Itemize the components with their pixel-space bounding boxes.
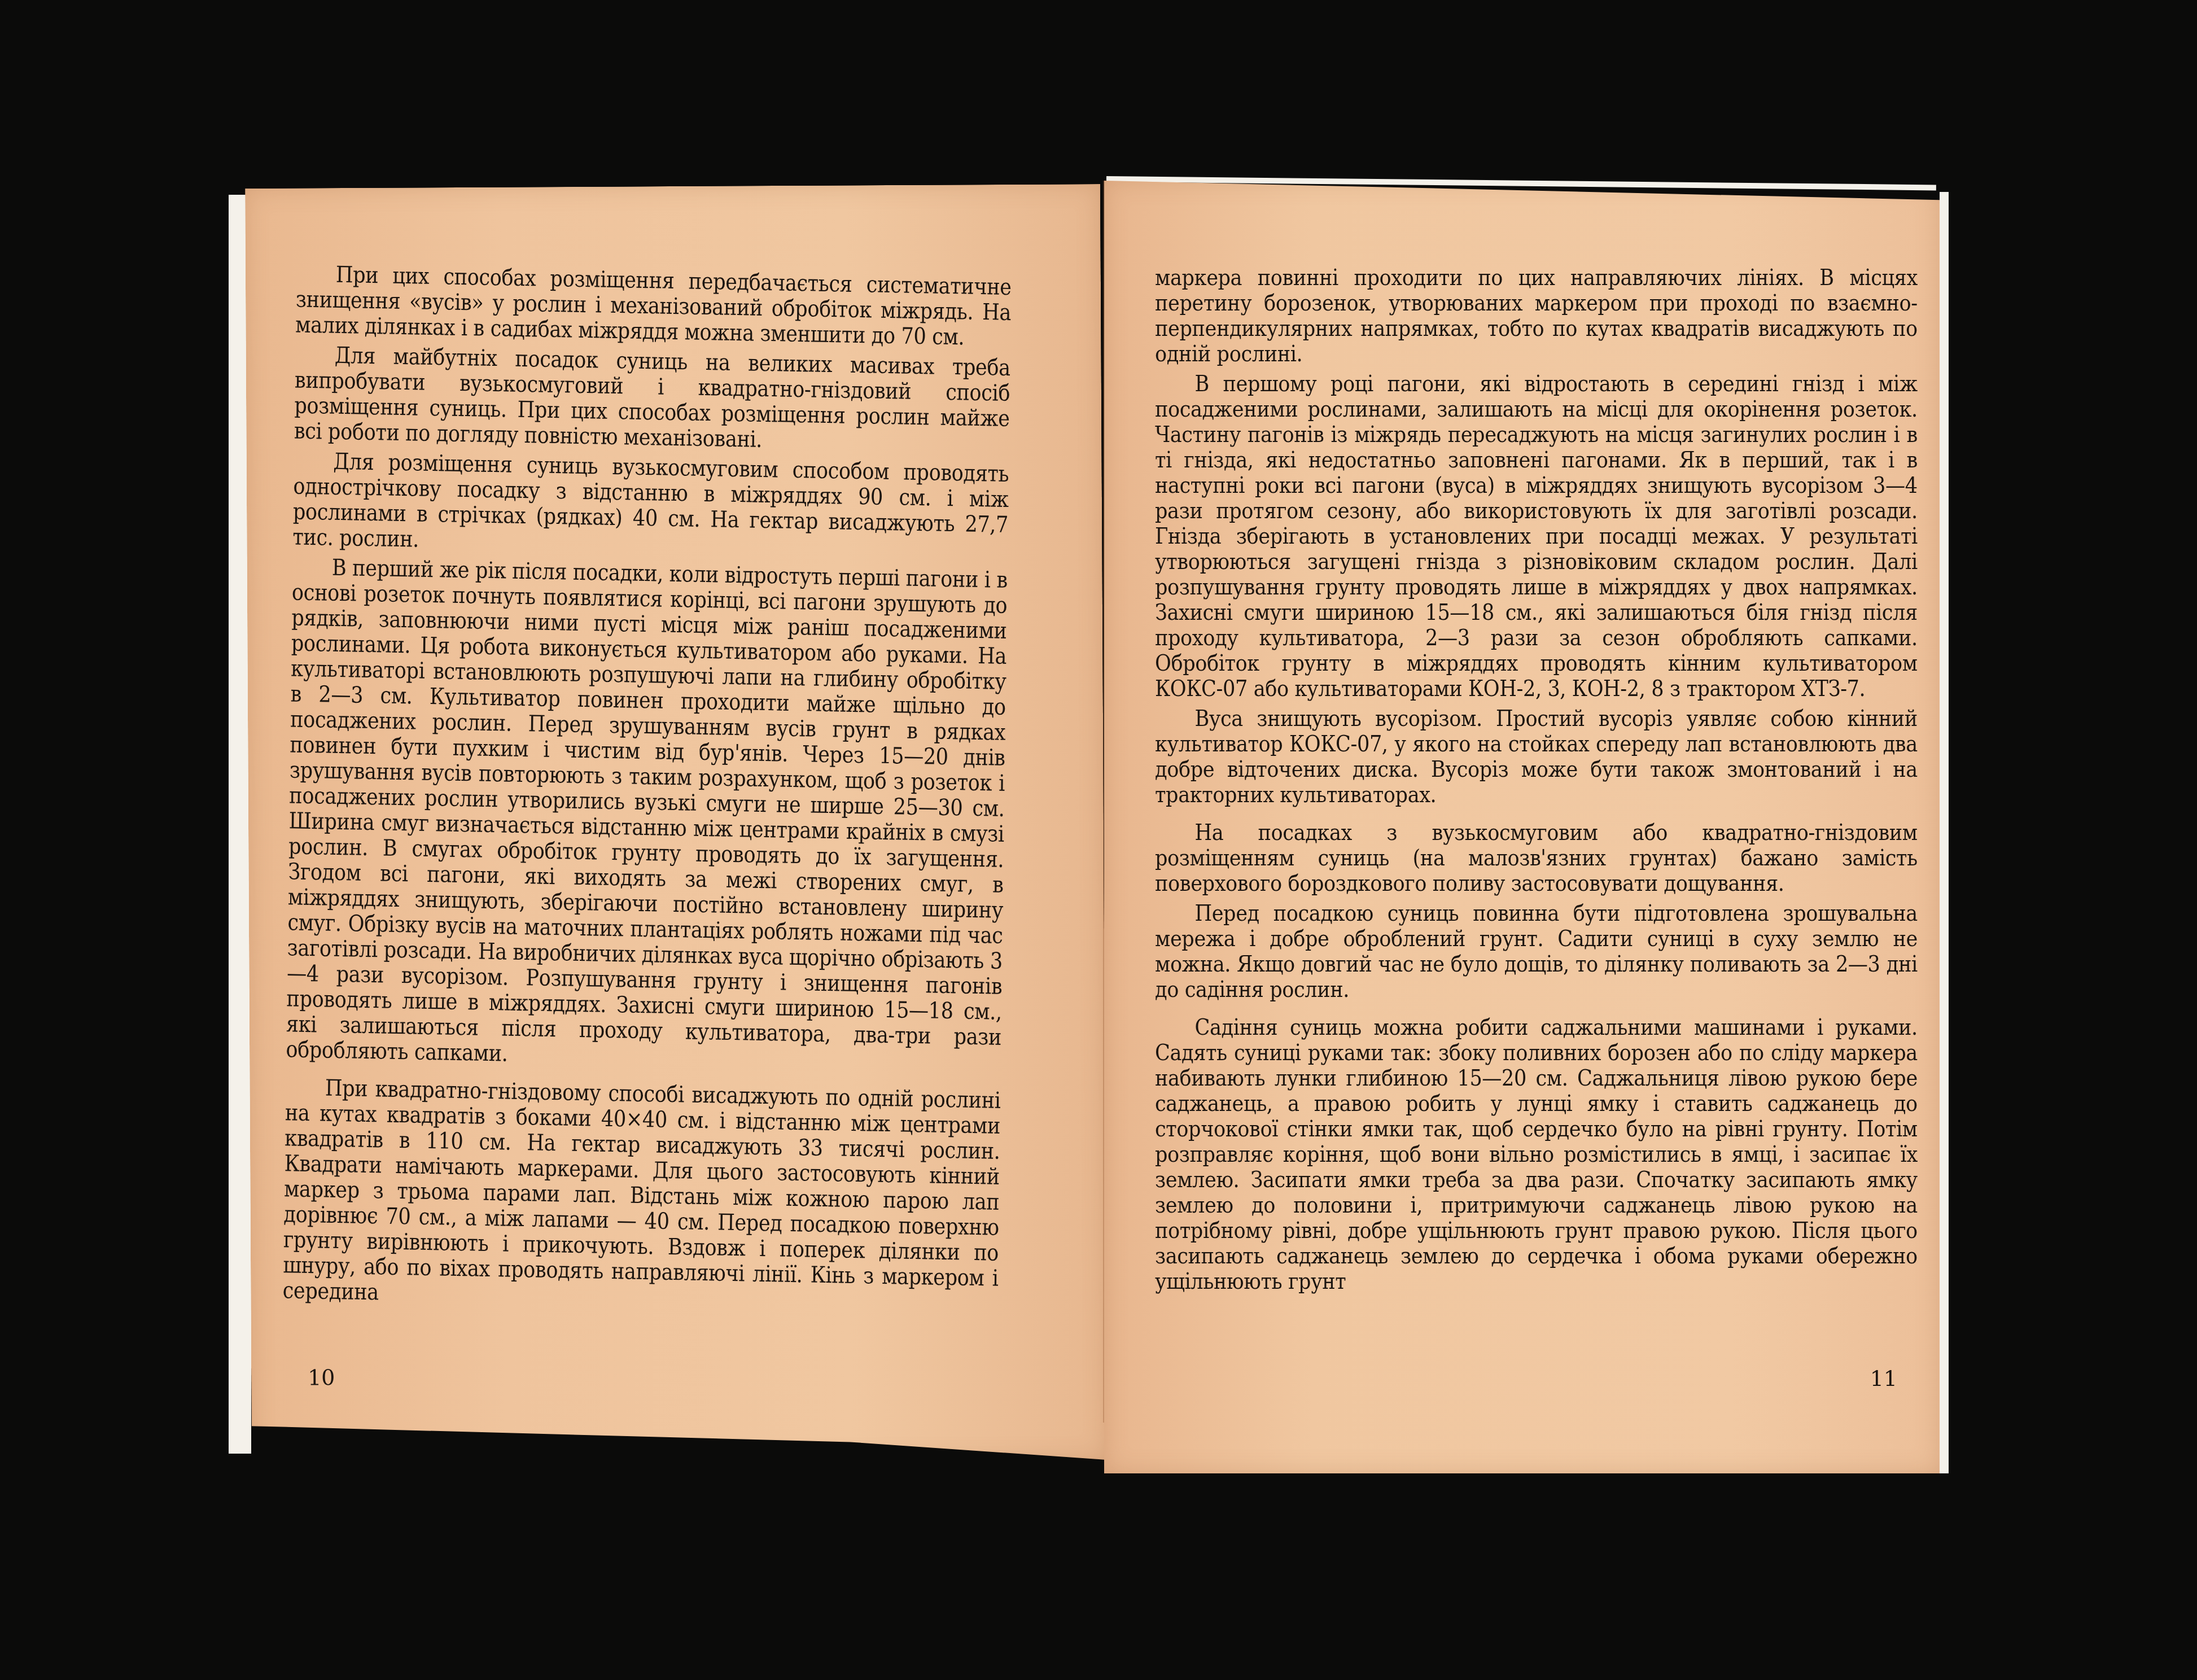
paragraph: маркера повинні проходити по цих направл… (1155, 265, 1918, 367)
paragraph: При цих способах розміщення передбачаєть… (295, 262, 1012, 352)
paragraph: При квадратно-гніздовому способі висаджу… (282, 1075, 1000, 1316)
left-page-text: При цих способах розміщення передбачаєть… (282, 262, 1012, 1322)
page-number: 11 (1870, 1366, 1897, 1391)
paragraph: Для розміщення суниць вузькосмуговим спо… (292, 448, 1009, 563)
left-page: При цих способах розміщення передбачаєть… (245, 184, 1107, 1464)
paragraph: В перший же рік після посадки, коли відр… (286, 554, 1008, 1075)
paragraph: Садіння суниць можна робити саджальними … (1155, 1015, 1918, 1294)
paragraph: На посадках з вузькосмуговим або квадрат… (1155, 820, 1918, 896)
right-page-text: маркера повинні проходити по цих направл… (1155, 265, 1918, 1299)
paragraph: Для майбутніх посадок суниць на великих … (294, 342, 1010, 457)
paragraph: Вуса знищують вусорізом. Простий вусоріз… (1155, 706, 1918, 808)
booklet-spread: При цих способах розміщення передбачаєть… (0, 0, 2197, 1680)
right-page: маркера повинні проходити по цих направл… (1104, 181, 1940, 1473)
page-number: 10 (308, 1365, 335, 1390)
right-page-edge (1940, 192, 1949, 1473)
paragraph: Перед посадкою суниць повинна бути підго… (1155, 901, 1918, 1003)
paragraph: В першому році пагони, які відростають в… (1155, 371, 1918, 702)
